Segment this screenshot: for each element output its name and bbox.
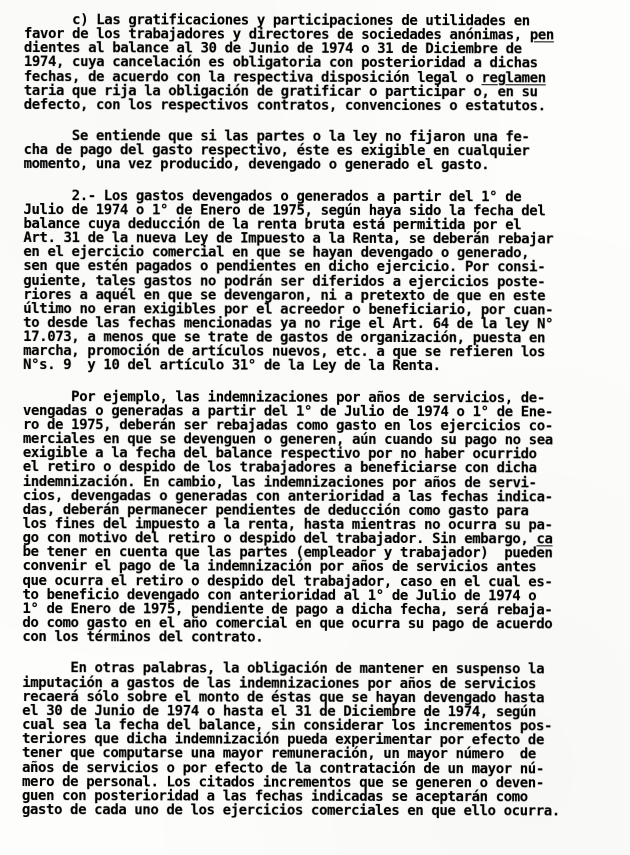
- paragraph-2: Se entiende que si las partes o la ley n…: [24, 129, 609, 173]
- paragraph-5: En otras palabras, la obligación de mant…: [22, 661, 607, 818]
- text-line: con los términos del contrato.: [22, 630, 607, 646]
- scanned-page: c) Las gratificaciones y participaciones…: [0, 0, 630, 855]
- text-line: N°s. 9 y 10 del artículo 31° de la Ley d…: [23, 358, 608, 374]
- paragraph-4: Por ejemplo, las indemnizaciones por año…: [22, 390, 608, 646]
- paragraph-1: c) Las gratificaciones y participaciones…: [24, 13, 609, 114]
- text-line: gasto de cada uno de los ejercicios come…: [22, 803, 607, 819]
- text-line: defecto, con los respectivos contratos, …: [24, 98, 609, 114]
- text-line: momento, una vez producido, devengado o …: [24, 157, 609, 173]
- paragraph-3: 2.- Los gastos devengados o generados a …: [23, 189, 608, 375]
- document-text-block: c) Las gratificaciones y participaciones…: [22, 13, 609, 836]
